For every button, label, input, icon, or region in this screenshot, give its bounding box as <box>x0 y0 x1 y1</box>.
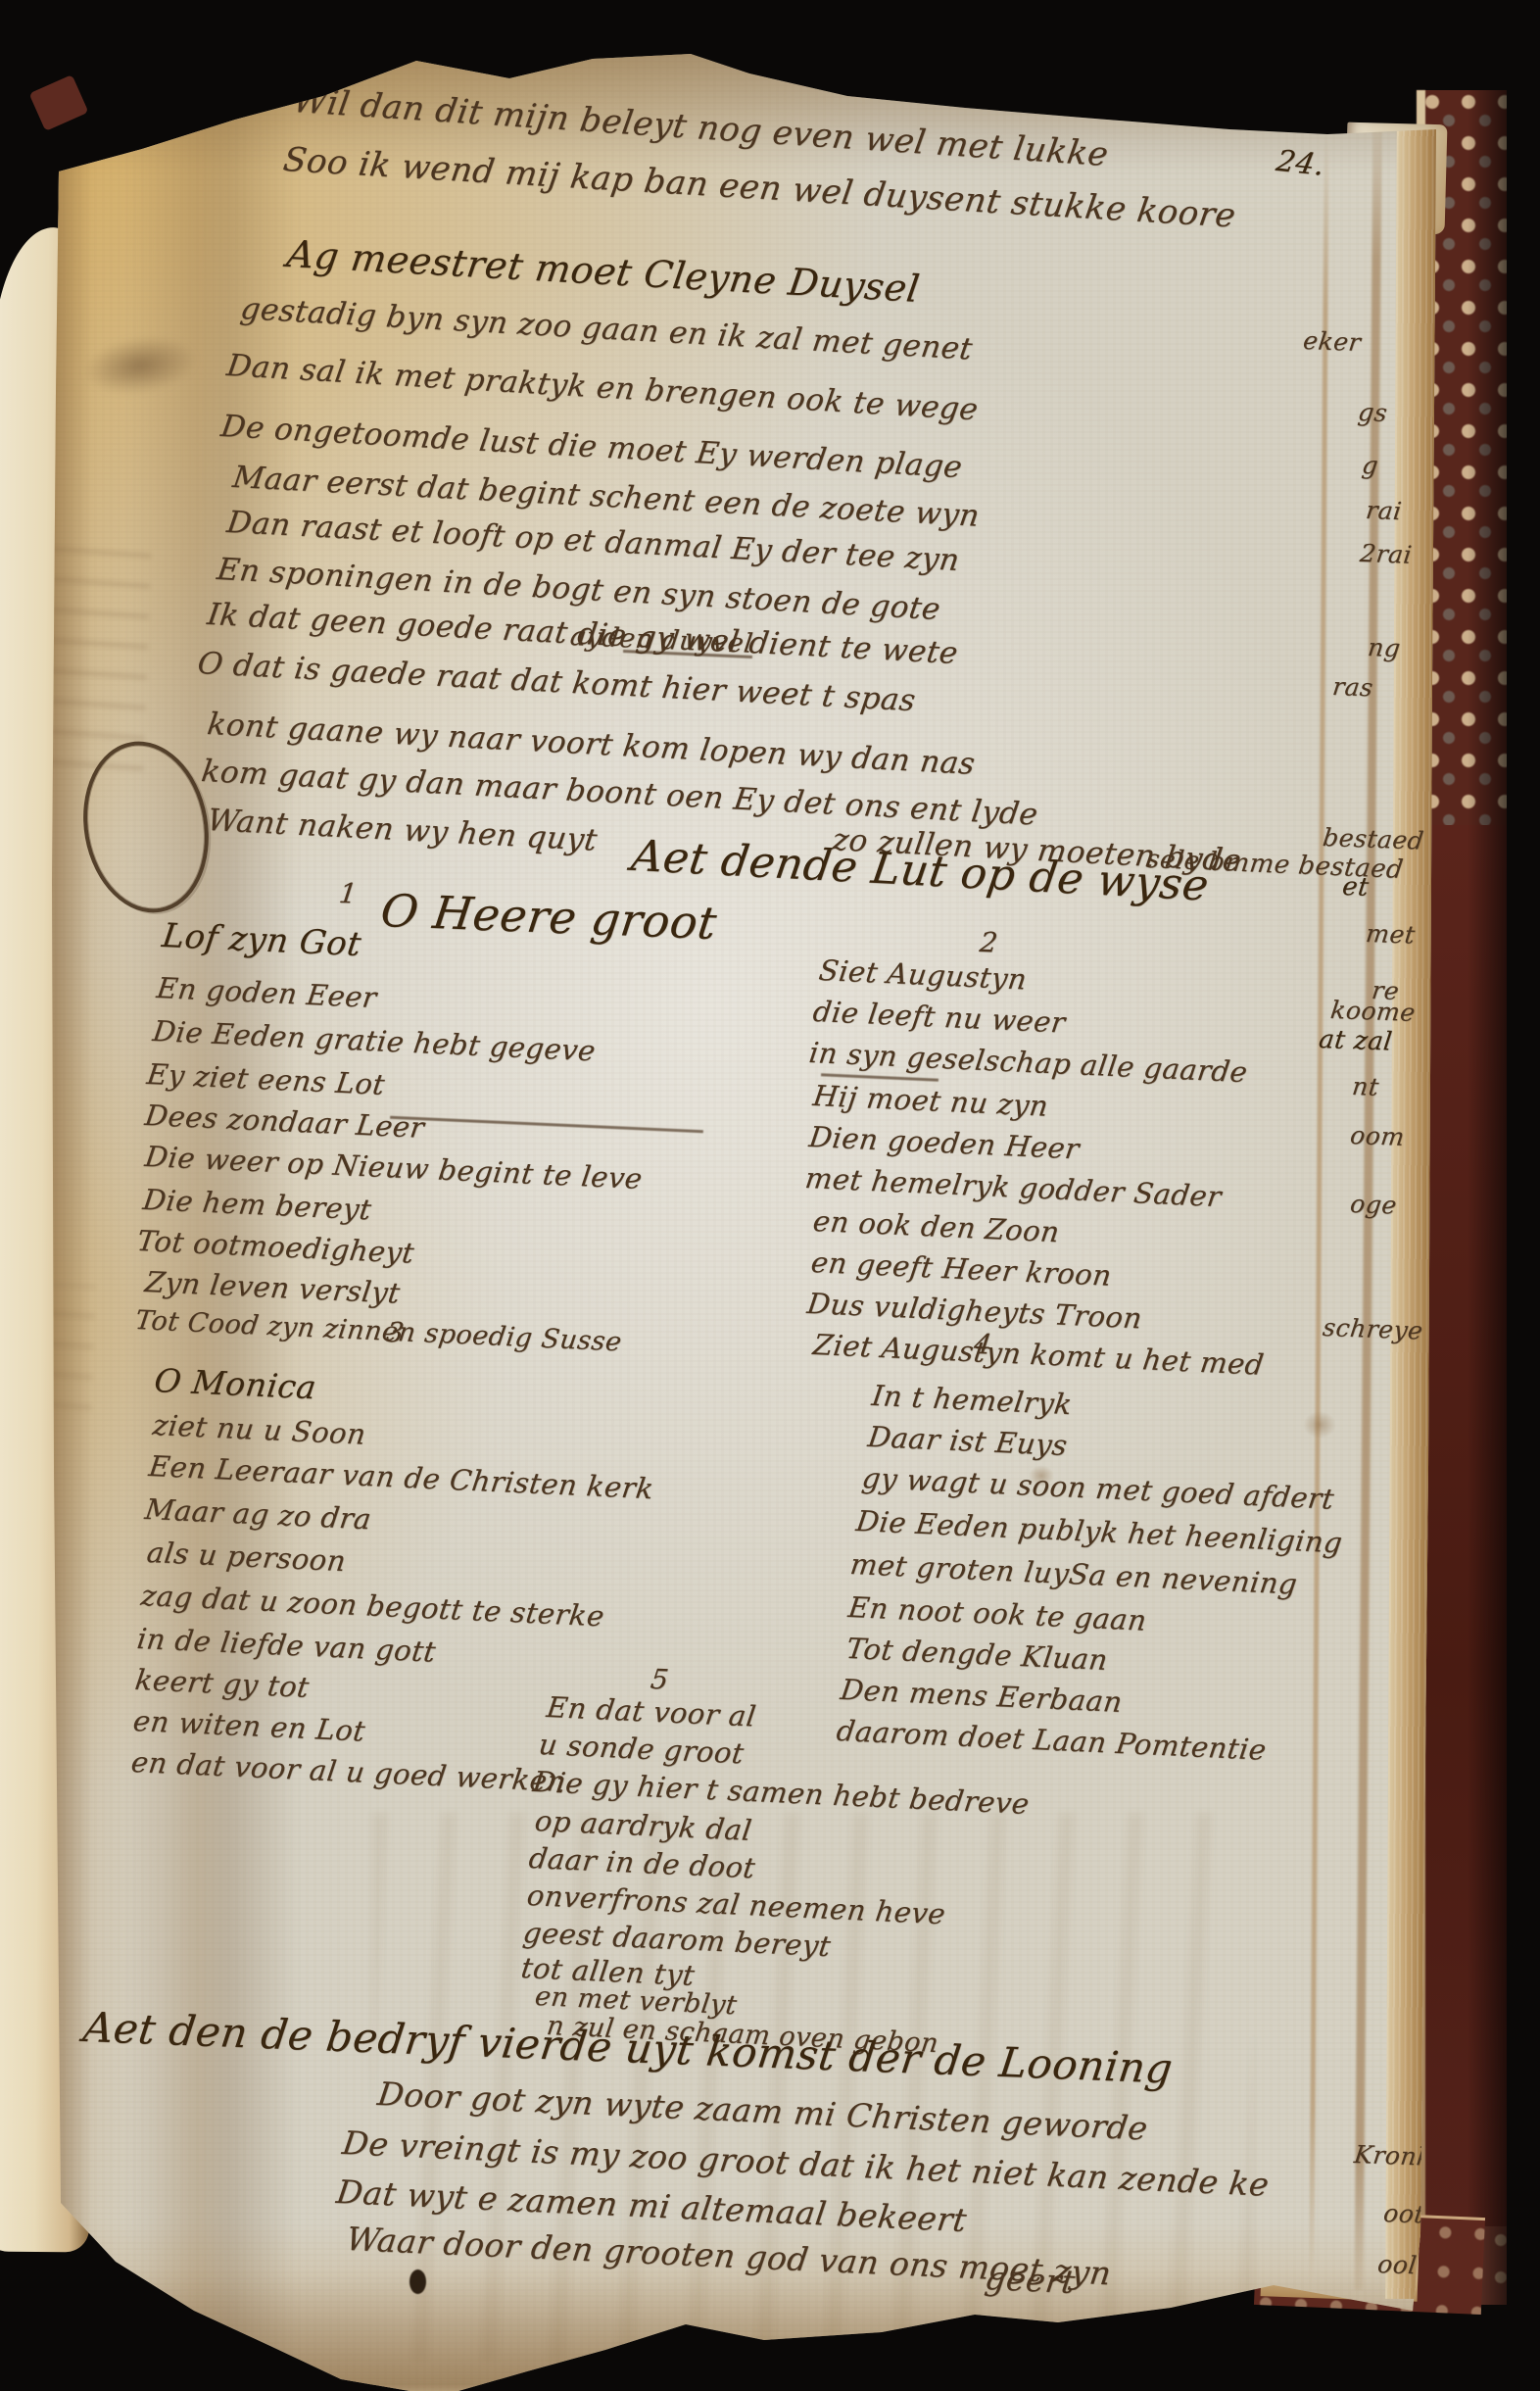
ink-blot <box>409 2269 426 2294</box>
verse-line: keert gy tot <box>133 1666 311 1702</box>
margin-fragment: ras <box>1331 674 1374 700</box>
song-title: O Heere groot <box>378 888 719 946</box>
margin-fragment: at zal <box>1318 1027 1394 1055</box>
manuscript-line-interlinear: ayden duyvel <box>569 623 755 658</box>
manuscript-page: 24. Wil dan dit mijn beleyt nog even wel… <box>0 0 1540 2391</box>
margin-fragment: koome <box>1329 998 1417 1025</box>
stain <box>1303 1411 1336 1439</box>
verse-line: Lof zyn Got <box>160 919 362 961</box>
verse-number: 3 <box>385 1319 407 1347</box>
margin-fragment: ool <box>1376 2252 1419 2277</box>
margin-fragment: rai <box>1365 498 1403 523</box>
cover-shadow <box>1468 90 1507 2305</box>
margin-fragment: gs <box>1357 400 1389 425</box>
margin-fragment: bestaed <box>1322 825 1425 853</box>
manuscript-photograph: 25. 24. Wil dan dit mijn beleyt nog even… <box>0 0 1540 2391</box>
margin-fragment: oom <box>1349 1123 1406 1149</box>
verse-number: 1 <box>338 880 360 908</box>
margin-fragment: oge <box>1349 1192 1398 1218</box>
verse-number: 2 <box>979 929 1000 957</box>
cover-sliver <box>29 74 89 131</box>
margin-fragment: ng <box>1367 635 1402 660</box>
margin-fragment: et <box>1341 874 1371 901</box>
margin-fragment: schreye <box>1322 1315 1424 1342</box>
margin-fragment: met <box>1365 921 1417 948</box>
closing-line: geert <box>984 2262 1078 2298</box>
margin-fragment: g <box>1361 453 1380 477</box>
verse-line: O Monica <box>153 1364 318 1403</box>
margin-fragment: nt <box>1351 1074 1380 1099</box>
verse-number: 5 <box>650 1666 671 1694</box>
verse-number: 4 <box>973 1331 994 1359</box>
margin-fragment: oot <box>1382 2201 1426 2226</box>
margin-fragment: eker <box>1302 328 1363 355</box>
margin-fragment: 2rai <box>1359 541 1414 567</box>
page-number: 24. <box>1274 147 1327 181</box>
